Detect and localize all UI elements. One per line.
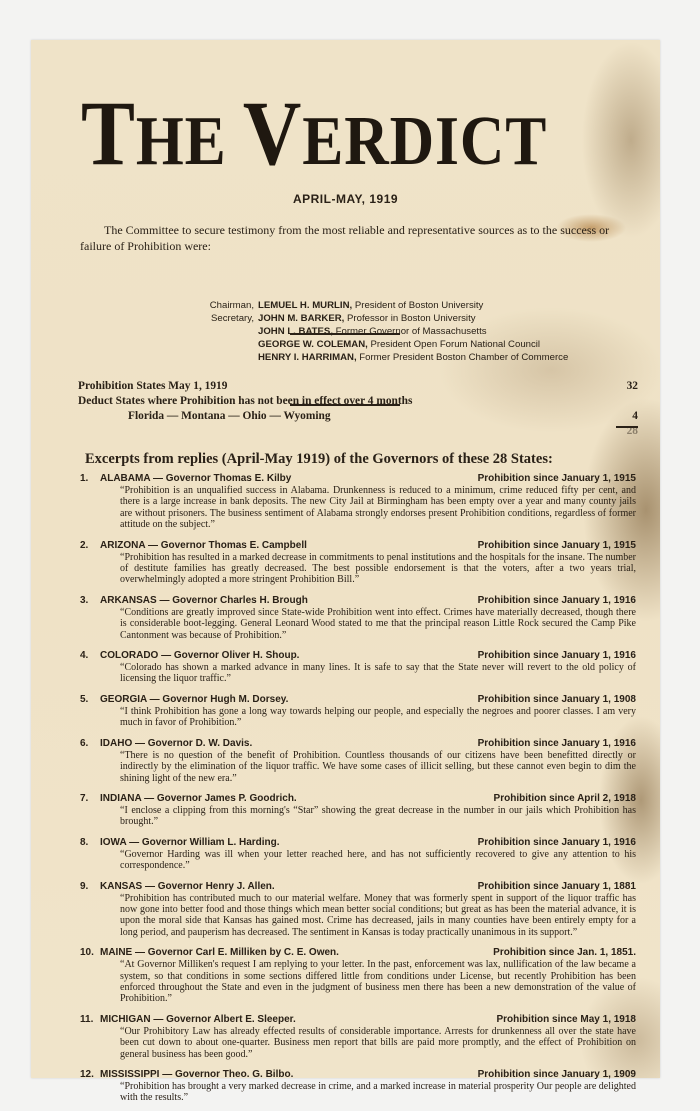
summary-total: 28	[627, 424, 638, 439]
governor-entries: 1.ALABAMA — Governor Thomas E. KilbyProh…	[80, 473, 636, 1111]
entry-state-line: 8.IOWA — Governor William L. Harding.	[80, 837, 280, 849]
entry-quote: “Prohibition has brought a very marked d…	[80, 1081, 636, 1104]
entry-number: 8.	[80, 837, 100, 849]
governor-entry: 4.COLORADO — Governor Oliver H. Shoup.Pr…	[80, 650, 636, 685]
entry-header: 6.IDAHO — Governor D. W. Davis.Prohibiti…	[80, 738, 636, 750]
entry-since-date: Prohibition since January 1, 1881	[478, 881, 636, 893]
entry-number: 12.	[80, 1069, 100, 1081]
entry-quote: “Prohibition has resulted in a marked de…	[80, 552, 636, 586]
entry-state-line: 5.GEORGIA — Governor Hugh M. Dorsey.	[80, 694, 288, 706]
entry-state-governor: MISSISSIPPI — Governor Theo. G. Bilbo.	[100, 1069, 293, 1080]
committee-member: HENRY I. HARRIMAN, Former President Bost…	[199, 351, 568, 364]
entry-state-governor: GEORGIA — Governor Hugh M. Dorsey.	[100, 694, 288, 705]
summary-line: Prohibition States May 1, 191932	[78, 379, 638, 394]
entry-header: 9.KANSAS — Governor Henry J. Allen.Prohi…	[80, 881, 636, 893]
governor-entry: 7.INDIANA — Governor James P. Goodrich.P…	[80, 793, 636, 828]
member-name: JOHN L. BATES,	[258, 325, 333, 338]
entry-quote: “I enclose a clipping from this morning'…	[80, 805, 636, 828]
entry-since-date: Prohibition since January 1, 1916	[478, 738, 636, 750]
entry-state-line: 7.INDIANA — Governor James P. Goodrich.	[80, 793, 297, 805]
excerpts-heading: Excerpts from replies (April-May 1919) o…	[85, 451, 553, 468]
entry-state-line: 4.COLORADO — Governor Oliver H. Shoup.	[80, 650, 299, 662]
entry-state-line: 12.MISSISSIPPI — Governor Theo. G. Bilbo…	[80, 1069, 293, 1081]
entry-since-date: Prohibition since January 1, 1916	[478, 595, 636, 607]
entry-state-governor: IOWA — Governor William L. Harding.	[100, 837, 280, 848]
entry-header: 10.MAINE — Governor Carl E. Milliken by …	[80, 947, 636, 959]
entry-state-governor: ALABAMA — Governor Thomas E. Kilby	[100, 473, 291, 484]
entry-state-governor: ARIZONA — Governor Thomas E. Campbell	[100, 540, 307, 551]
summary-line: Florida — Montana — Ohio — Wyoming4	[78, 409, 638, 424]
governor-entry: 8.IOWA — Governor William L. Harding.Pro…	[80, 837, 636, 872]
member-role: Secretary,	[199, 312, 258, 325]
divider-rule	[290, 333, 400, 335]
governor-entry: 12.MISSISSIPPI — Governor Theo. G. Bilbo…	[80, 1069, 636, 1104]
issue-date: APRIL-MAY, 1919	[31, 192, 660, 206]
member-title: President of Boston University	[355, 299, 484, 312]
summary-line: 28	[78, 424, 638, 438]
governor-entry: 3.ARKANSAS — Governor Charles H. BroughP…	[80, 595, 636, 641]
entry-state-line: 3.ARKANSAS — Governor Charles H. Brough	[80, 595, 308, 607]
governor-entry: 9.KANSAS — Governor Henry J. Allen.Prohi…	[80, 881, 636, 939]
entry-quote: “There is no question of the benefit of …	[80, 750, 636, 784]
entry-state-line: 10.MAINE — Governor Carl E. Milliken by …	[80, 947, 339, 959]
entry-since-date: Prohibition since January 1, 1916	[478, 837, 636, 849]
entry-header: 2.ARIZONA — Governor Thomas E. CampbellP…	[80, 540, 636, 552]
summary-label: Prohibition States May 1, 1919	[78, 380, 227, 392]
states-summary: Prohibition States May 1, 191932 Deduct …	[78, 379, 638, 438]
member-role	[199, 325, 258, 338]
entry-state-governor: MAINE — Governor Carl E. Milliken by C. …	[100, 947, 339, 958]
entry-state-line: 6.IDAHO — Governor D. W. Davis.	[80, 738, 252, 750]
title-word: HE	[136, 103, 243, 180]
title-letter: V	[243, 82, 302, 184]
governor-entry: 10.MAINE — Governor Carl E. Milliken by …	[80, 947, 636, 1005]
entry-state-governor: KANSAS — Governor Henry J. Allen.	[100, 881, 275, 892]
entry-state-governor: COLORADO — Governor Oliver H. Shoup.	[100, 650, 299, 661]
governor-entry: 6.IDAHO — Governor D. W. Davis.Prohibiti…	[80, 738, 636, 784]
member-name: JOHN M. BARKER,	[258, 312, 344, 325]
summary-label: Florida — Montana — Ohio — Wyoming	[128, 410, 331, 422]
entry-header: 4.COLORADO — Governor Oliver H. Shoup.Pr…	[80, 650, 636, 662]
entry-quote: “Our Prohibitory Law has already effecte…	[80, 1026, 636, 1060]
entry-quote: “Prohibition is an unqualified success i…	[80, 485, 636, 531]
member-name: LEMUEL H. MURLIN,	[258, 299, 352, 312]
member-name: GEORGE W. COLEMAN,	[258, 338, 368, 351]
member-role: Chairman,	[199, 299, 258, 312]
entry-since-date: Prohibition since January 1, 1915	[478, 540, 636, 552]
committee-member: JOHN L. BATES, Former Governor of Massac…	[199, 325, 568, 338]
entry-number: 1.	[80, 473, 100, 485]
entry-header: 11.MICHIGAN — Governor Albert E. Sleeper…	[80, 1014, 636, 1026]
intro-paragraph: The Committee to secure testimony from t…	[80, 222, 625, 254]
entry-number: 5.	[80, 694, 100, 706]
document-page: THE VERDICT APRIL-MAY, 1919 The Committe…	[31, 40, 660, 1078]
entry-state-governor: MICHIGAN — Governor Albert E. Sleeper.	[100, 1014, 296, 1025]
entry-state-line: 9.KANSAS — Governor Henry J. Allen.	[80, 881, 275, 893]
member-role	[199, 338, 258, 351]
entry-quote: “Conditions are greatly improved since S…	[80, 607, 636, 641]
entry-state-line: 1.ALABAMA — Governor Thomas E. Kilby	[80, 473, 291, 485]
entry-quote: “Governor Harding was ill when your lett…	[80, 849, 636, 872]
member-title: Professor in Boston University	[347, 312, 476, 325]
entry-since-date: Prohibition since January 1, 1916	[478, 650, 636, 662]
entry-number: 6.	[80, 738, 100, 750]
member-title: Former Governor of Massachusetts	[336, 325, 487, 338]
divider-rule	[290, 404, 400, 406]
entry-header: 12.MISSISSIPPI — Governor Theo. G. Bilbo…	[80, 1069, 636, 1081]
entry-since-date: Prohibition since Jan. 1, 1851.	[493, 947, 636, 959]
masthead-title: THE VERDICT	[81, 88, 547, 187]
entry-number: 10.	[80, 947, 100, 959]
governor-entry: 11.MICHIGAN — Governor Albert E. Sleeper…	[80, 1014, 636, 1060]
title-word: ERDICT	[302, 103, 547, 180]
committee-member: GEORGE W. COLEMAN, President Open Forum …	[199, 338, 568, 351]
entry-state-governor: INDIANA — Governor James P. Goodrich.	[100, 793, 297, 804]
entry-number: 11.	[80, 1014, 100, 1026]
summary-value: 32	[627, 379, 638, 394]
governor-entry: 5.GEORGIA — Governor Hugh M. Dorsey.Proh…	[80, 694, 636, 729]
entry-number: 7.	[80, 793, 100, 805]
entry-since-date: Prohibition since May 1, 1918	[497, 1014, 637, 1026]
entry-since-date: Prohibition since January 1, 1908	[478, 694, 636, 706]
entry-number: 2.	[80, 540, 100, 552]
governor-entry: 2.ARIZONA — Governor Thomas E. CampbellP…	[80, 540, 636, 586]
entry-since-date: Prohibition since January 1, 1909	[478, 1069, 636, 1081]
member-title: Former President Boston Chamber of Comme…	[359, 351, 568, 364]
entry-header: 5.GEORGIA — Governor Hugh M. Dorsey.Proh…	[80, 694, 636, 706]
entry-state-governor: IDAHO — Governor D. W. Davis.	[100, 738, 252, 749]
entry-since-date: Prohibition since January 1, 1915	[478, 473, 636, 485]
committee-list: Chairman,LEMUEL H. MURLIN, President of …	[199, 299, 568, 364]
entry-quote: “Colorado has shown a marked advance in …	[80, 662, 636, 685]
member-title: President Open Forum National Council	[370, 338, 540, 351]
member-name: HENRY I. HARRIMAN,	[258, 351, 357, 364]
entry-number: 3.	[80, 595, 100, 607]
entry-number: 4.	[80, 650, 100, 662]
entry-header: 1.ALABAMA — Governor Thomas E. KilbyProh…	[80, 473, 636, 485]
entry-header: 7.INDIANA — Governor James P. Goodrich.P…	[80, 793, 636, 805]
title-letter: T	[81, 82, 136, 184]
entry-since-date: Prohibition since April 2, 1918	[494, 793, 636, 805]
entry-state-governor: ARKANSAS — Governor Charles H. Brough	[100, 595, 308, 606]
entry-state-line: 2.ARIZONA — Governor Thomas E. Campbell	[80, 540, 307, 552]
committee-member: Secretary,JOHN M. BARKER, Professor in B…	[199, 312, 568, 325]
entry-quote: “At Governor Milliken's request I am rep…	[80, 959, 636, 1005]
entry-header: 3.ARKANSAS — Governor Charles H. BroughP…	[80, 595, 636, 607]
member-role	[199, 351, 258, 364]
summary-value: 4	[632, 409, 638, 424]
entry-quote: “I think Prohibition has gone a long way…	[80, 706, 636, 729]
entry-state-line: 11.MICHIGAN — Governor Albert E. Sleeper…	[80, 1014, 296, 1026]
governor-entry: 1.ALABAMA — Governor Thomas E. KilbyProh…	[80, 473, 636, 531]
summary-line: Deduct States where Prohibition has not …	[78, 394, 638, 409]
entry-header: 8.IOWA — Governor William L. Harding.Pro…	[80, 837, 636, 849]
entry-quote: “Prohibition has contributed much to our…	[80, 893, 636, 939]
committee-member: Chairman,LEMUEL H. MURLIN, President of …	[199, 299, 568, 312]
entry-number: 9.	[80, 881, 100, 893]
